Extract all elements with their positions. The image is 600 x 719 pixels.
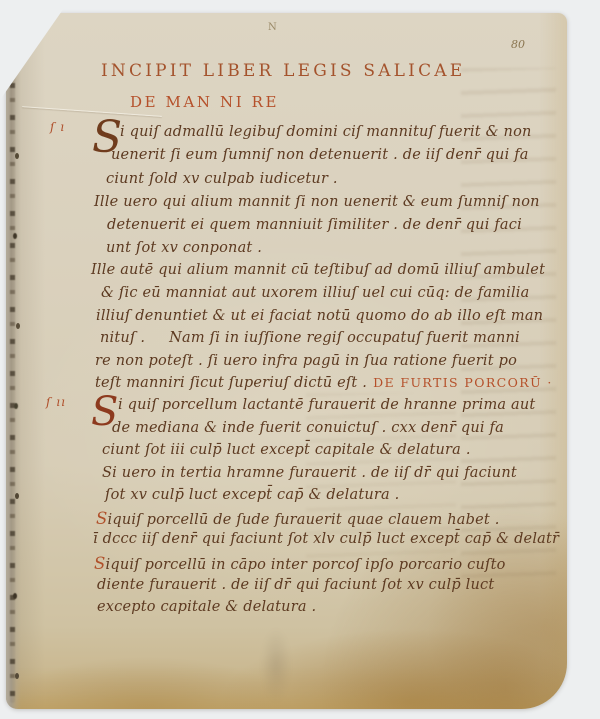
section-marker-1: ſ ı bbox=[50, 120, 65, 134]
text-line: re non poteſt . ſi uero infra pagū in ſu… bbox=[95, 353, 517, 369]
text-line: detenuerit ei quem manniuit ſimiliter . … bbox=[107, 217, 522, 233]
text-line: excepto capitale & delatura . bbox=[97, 599, 316, 615]
initial-letter-1: S bbox=[92, 116, 122, 160]
text-line-fragment: iquiſ porcellū de ſude furauerit quae cl… bbox=[108, 512, 500, 528]
initial-letter-2: S bbox=[91, 392, 118, 432]
text-line: Si uero in tertia hramne furauerit . de … bbox=[102, 465, 517, 481]
text-line: ſot xv culp̄ luct except̄ cap̄ & delatur… bbox=[105, 487, 400, 503]
folio-number: 80 bbox=[511, 38, 525, 51]
text-line: uenerit ſi eum ſumniſ non detenuerit . d… bbox=[111, 147, 529, 163]
text-line: i quiſ admallū legibuſ domini ciſ mannit… bbox=[120, 124, 532, 140]
text-line: Siquiſ porcellū de ſude furauerit quae c… bbox=[96, 509, 500, 528]
chapter-rubric: DE MAN NI RE bbox=[130, 93, 279, 111]
rubricated-initial: S bbox=[96, 509, 108, 528]
text-line: ī dccc iiſ denr̄ qui faciunt ſot xlv cul… bbox=[93, 531, 559, 547]
text-line: de mediana & inde fuerit conuictuſ . cxx… bbox=[112, 420, 504, 436]
text-line: & ſic eū manniat aut uxorem illiuſ uel c… bbox=[101, 285, 529, 301]
text-line: teſt manniri ſicut ſuperiuſ dictū eſt .D… bbox=[95, 375, 553, 391]
text-line: nituſ . Nam ſi in iuſſione regiſ occupat… bbox=[100, 330, 520, 346]
text-line: illiuſ denuntiet & ut ei faciat notū quo… bbox=[96, 308, 543, 324]
text-layer: N 80 INCIPIT LIBER LEGIS SALICAE DE MAN … bbox=[6, 13, 567, 709]
text-line-fragment: iquiſ porcellū in cāpo inter porcoſ ipſo… bbox=[106, 557, 506, 573]
inline-rubric: DE FURTIS PORCORŪ · bbox=[373, 375, 553, 390]
text-line: Ille autē qui alium mannit cū teſtibuſ a… bbox=[91, 262, 545, 278]
manuscript-page: N 80 INCIPIT LIBER LEGIS SALICAE DE MAN … bbox=[6, 13, 567, 709]
text-line: Siquiſ porcellū in cāpo inter porcoſ ipſ… bbox=[94, 554, 506, 573]
text-line: ciunt ſold xv culpab iudicetur . bbox=[106, 171, 338, 187]
text-line: unt ſot xv conponat . bbox=[106, 240, 262, 256]
text-line: i quiſ porcellum lactantē furauerit de h… bbox=[118, 397, 535, 413]
quire-mark: N bbox=[268, 22, 277, 33]
text-line: diente furauerit . de iiſ dr̄ qui faciun… bbox=[97, 577, 494, 593]
incipit-title: INCIPIT LIBER LEGIS SALICAE bbox=[101, 61, 465, 81]
text-line: ciunt ſot iii culp̄ luct except̄ capital… bbox=[102, 442, 471, 458]
rubricated-initial: S bbox=[94, 554, 106, 573]
text-line-fragment: teſt manniri ſicut ſuperiuſ dictū eſt . bbox=[95, 375, 367, 391]
text-line: Ille uero qui alium mannit ſi non ueneri… bbox=[94, 194, 540, 210]
section-marker-2: ſ ıı bbox=[46, 395, 66, 409]
